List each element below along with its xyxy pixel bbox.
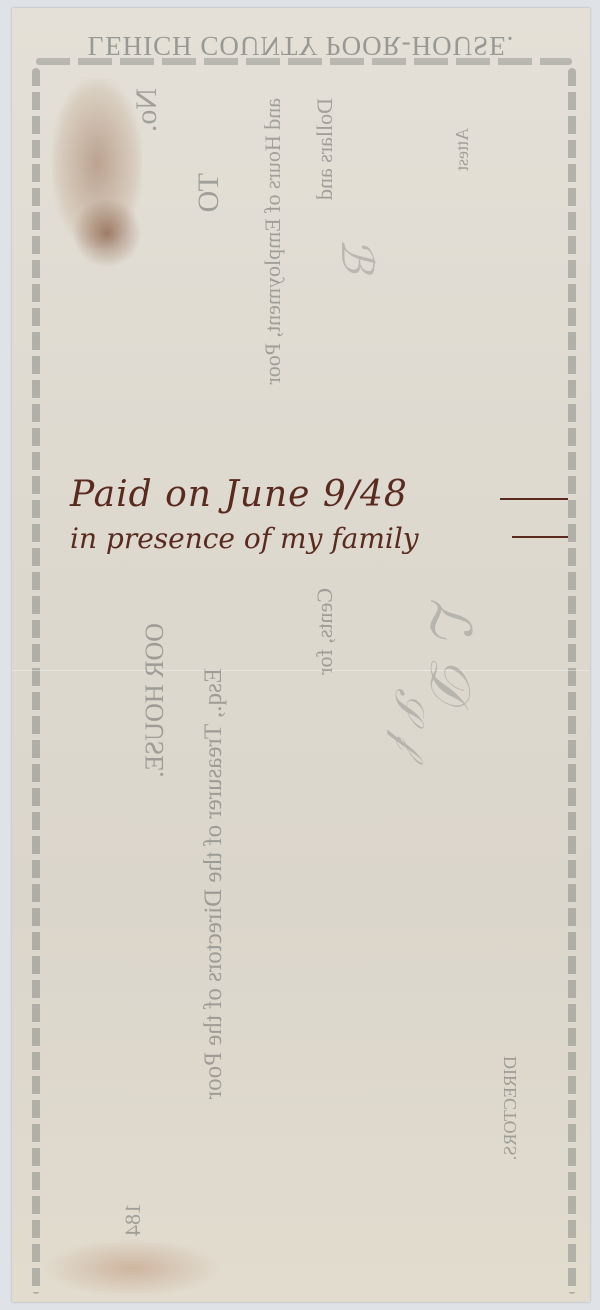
- bleed-signature: 𝒮 𝒻: [386, 688, 432, 750]
- decorative-border-right: [568, 68, 576, 1294]
- bleed-treasurer-line: Esq., Treasurer of the Directors of the …: [200, 668, 228, 1099]
- bleed-signature: ℬ: [331, 238, 382, 273]
- bleed-to-label: TO: [192, 173, 226, 212]
- bleed-year-prefix: 184: [120, 1203, 146, 1236]
- fold-line: [12, 670, 590, 671]
- mirrored-header: LEHICH COUNTY POOR-HOUSE.: [12, 30, 590, 61]
- bleed-dollars-line: Dollars and: [312, 98, 338, 200]
- bleed-cents-line: Cents, for: [312, 588, 338, 675]
- handwritten-paid-line: Paid on June 9/48: [70, 474, 408, 515]
- pen-dash: [512, 536, 568, 538]
- bleed-signature: ℒ 𝒟: [416, 598, 482, 701]
- bleed-employment-line: and Hours of Employment, Poor: [260, 98, 286, 385]
- bleed-directors-label: DIRECTORS.: [500, 1056, 521, 1160]
- document-paper: LEHICH COUNTY POOR-HOUSE. No. TO and Hou…: [12, 8, 590, 1302]
- handwritten-presence-line: in presence of my family: [70, 522, 419, 555]
- ink-stain: [72, 198, 142, 268]
- ink-stain: [42, 1238, 222, 1298]
- bleed-attest-label: Attest: [452, 128, 473, 171]
- pen-dash: [500, 498, 568, 500]
- decorative-border-left: [32, 68, 40, 1294]
- bleed-number-label: No.: [130, 88, 164, 132]
- bleed-poor-house-line: OOR HOUSE.: [140, 623, 170, 778]
